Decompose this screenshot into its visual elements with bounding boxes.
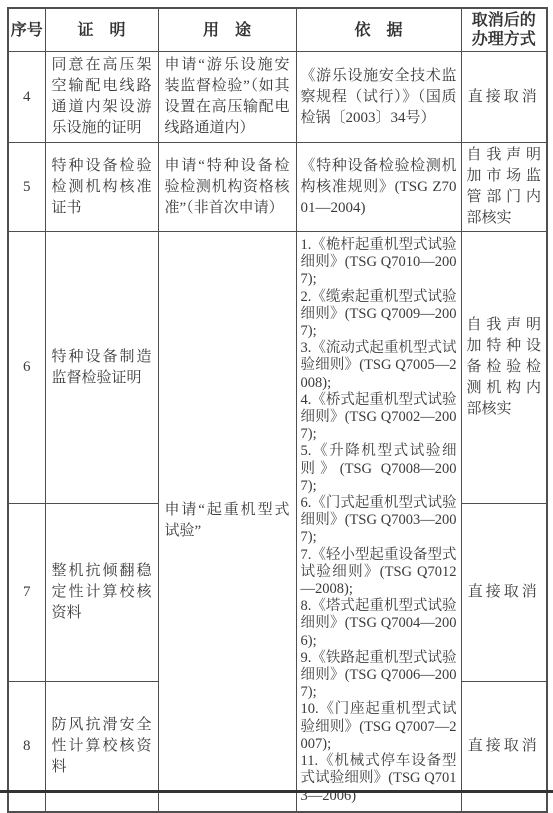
basis-item-7: 7.《轻小型起重设备型式试验细则》(TSG Q7012—2008); [301, 547, 457, 599]
basis-item-9: 9.《铁路起重机型式试验细则》(TSG Q7006—2007); [301, 650, 457, 702]
cell-row7-method: 直接取消 [461, 504, 547, 682]
cell-row8-index: 8 [8, 682, 45, 798]
basis-item-3: 3.《流动式起重机型式试验细则》(TSG Q7005—2008); [301, 340, 457, 392]
cell-row5-purpose: 申请“特种设备检验检测机构资格核准”（非首次申请） [158, 143, 296, 232]
table-row-5: 5 特种设备检验检测机构核准证书 申请“特种设备检验检测机构资格核准”（非首次申… [8, 143, 547, 232]
cell-row4-index: 4 [8, 52, 45, 143]
header-cell-certificate: 证 明 [45, 8, 158, 52]
table-header-row: 序号 证 明 用 途 依 据 取消后的 办理方式 [8, 8, 547, 52]
cell-row5-certificate: 特种设备检验检测机构核准证书 [45, 143, 158, 232]
cell-row6-method: 自我声明加特种设备检验检测机构内部核实 [461, 232, 547, 504]
cell-row6-certificate: 特种设备制造监督检验证明 [45, 232, 158, 504]
basis-item-6: 6.《门式起重机型式试验细则》(TSG Q7003—2007); [301, 495, 457, 547]
cell-row4-method: 直接取消 [461, 52, 547, 143]
header-cell-basis: 依 据 [296, 8, 461, 52]
cell-row8-method: 直接取消 [461, 682, 547, 798]
header-cell-purpose: 用 途 [158, 8, 296, 52]
table-row-4: 4 同意在高压架空输配电线路通道内架设游乐设施的证明 申请“游乐设施安装监督检验… [8, 52, 547, 143]
cell-row7-index: 7 [8, 504, 45, 682]
basis-item-4: 4.《桥式起重机型式试验细则》(TSG Q7002—2007); [301, 392, 457, 444]
cancelled-certificates-table: 序号 证 明 用 途 依 据 取消后的 办理方式 4 同意在高压架空输配电线路通… [7, 7, 548, 797]
header-cell-index: 序号 [8, 8, 45, 52]
cell-rows6-8-purpose-merged: 申请“起重机型式试验” [158, 232, 296, 798]
basis-item-8: 8.《塔式起重机型式试验细则》(TSG Q7004—2006); [301, 598, 457, 650]
cell-row4-purpose: 申请“游乐设施安装监督检验”（如其设置在高压输配电线路通道内） [158, 52, 296, 143]
basis-item-5: 5.《升降机型式试验细则》(TSG Q7008—2007); [301, 443, 457, 495]
cell-row8-certificate: 防风抗滑安全性计算校核资料 [45, 682, 158, 798]
page-bottom-rule [0, 790, 553, 793]
basis-item-2: 2.《缆索起重机型式试验细则》(TSG Q7009—2007); [301, 289, 457, 341]
cell-rows6-8-basis-merged: 1.《桅杆起重机型式试验细则》(TSG Q7010—2007); 2.《缆索起重… [296, 232, 461, 798]
cell-row7-certificate: 整机抗倾翻稳定性计算校核资料 [45, 504, 158, 682]
cell-row6-index: 6 [8, 232, 45, 504]
cell-row4-basis: 《游乐设施安全技术监察规程（试行）》（国质检锅〔2003〕34号） [296, 52, 461, 143]
basis-item-10: 10.《门座起重机型式试验细则》(TSG Q7007—2007); [301, 701, 457, 753]
header-cell-method: 取消后的 办理方式 [461, 8, 547, 52]
cell-row5-basis: 《特种设备检验检测机构核准规则》(TSG Z7001—2004) [296, 143, 461, 232]
cell-row4-certificate: 同意在高压架空输配电线路通道内架设游乐设施的证明 [45, 52, 158, 143]
cell-row5-method: 自我声明加市场监管部门内部核实 [461, 143, 547, 232]
document-page: 序号 证 明 用 途 依 据 取消后的 办理方式 4 同意在高压架空输配电线路通… [0, 0, 553, 797]
table-row-6: 6 特种设备制造监督检验证明 申请“起重机型式试验” 1.《桅杆起重机型式试验细… [8, 232, 547, 504]
cell-row5-index: 5 [8, 143, 45, 232]
basis-item-1: 1.《桅杆起重机型式试验细则》(TSG Q7010—2007); [301, 237, 457, 289]
